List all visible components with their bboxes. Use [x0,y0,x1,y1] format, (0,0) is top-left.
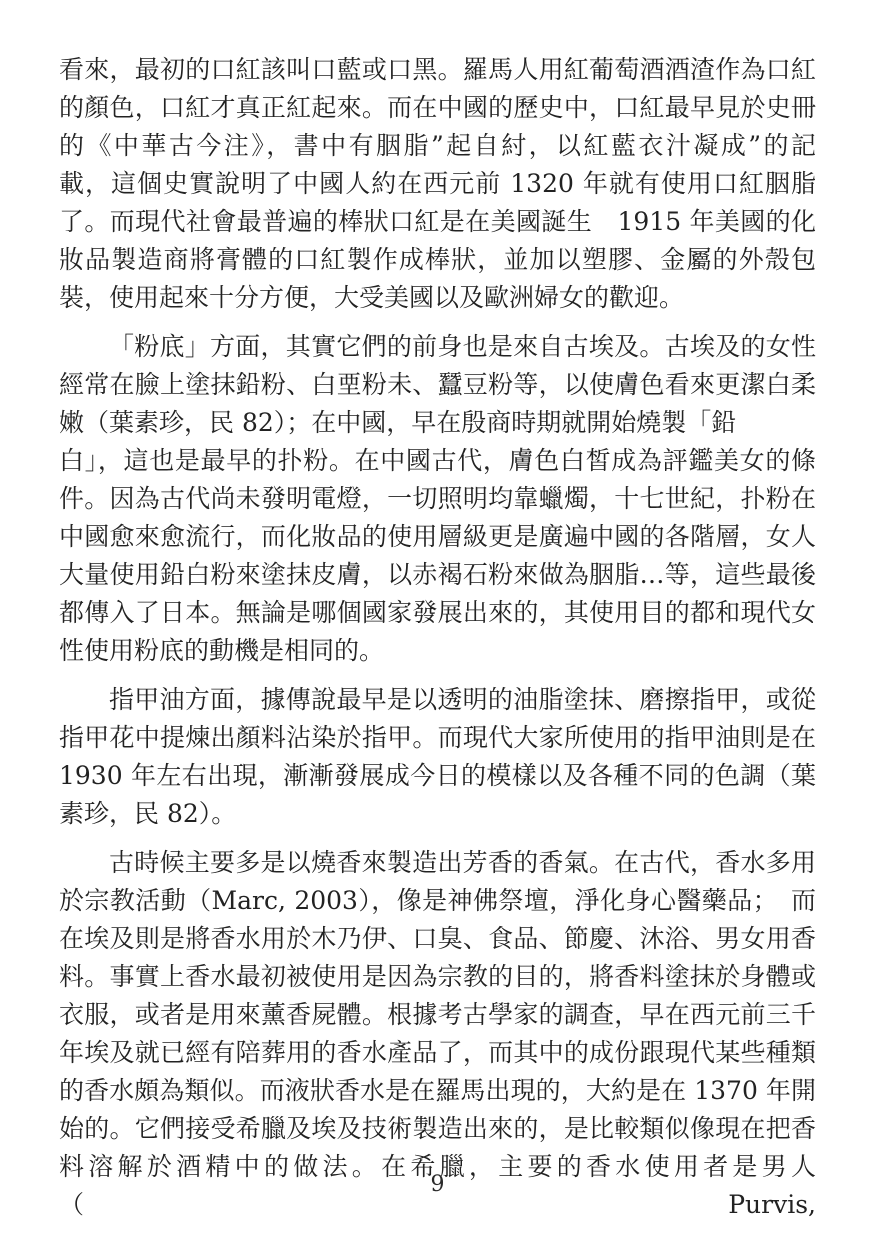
text-line: 1930 年左右出現，漸漸發展成今日的模樣以及各種不同的色調（葉 [59,757,816,795]
text-line: 妝品製造商將膏體的口紅製作成棒狀，並加以塑膠、金屬的外殼包 [59,241,816,279]
text-line: 白」，這也是最早的扑粉。在中國古代，膚色白皙成為評鑑美女的條 [59,442,816,480]
text-line: 都傳入了日本。無論是哪個國家發展出來的，其使用目的都和現代女 [59,594,816,632]
text-line: 經常在臉上塗抹鉛粉、白垔粉未、蠶豆粉等，以使膚色看來更潔白柔 [59,366,816,404]
text-line: 中國愈來愈流行，而化妝品的使用層級更是廣遍中國的各階層，女人 [59,518,816,556]
text-line: 裝，使用起來十分方便，大受美國以及歐洲婦女的歡迎。 [59,279,816,317]
text-line: 古時候主要多是以燒香來製造出芳香的香氣。在古代，香水多用 [59,844,816,882]
text-line: 件。因為古代尚未發明電燈，一切照明均靠蠟燭，十七世紀，扑粉在 [59,480,816,518]
text-line: 在埃及則是將香水用於木乃伊、口臭、食品、節慶、沐浴、男女用香 [59,920,816,958]
text-line: 嫩（葉素珍，民 82）；在中國，早在殷商時期就開始燒製「鉛 [59,404,816,442]
paragraph: 「粉底」方面，其實它們的前身也是來自古埃及。古埃及的女性 經常在臉上塗抹鉛粉、白… [59,328,816,670]
text-line: 了。而現代社會最普遍的棒狀口紅是在美國誕生 1915 年美國的化 [59,203,816,241]
text-line: 素珍，民 82）。 [59,795,816,833]
paragraph: 看來，最初的口紅該叫口藍或口黑。羅馬人用紅葡萄酒酒渣作為口紅 的顏色，口紅才真正… [59,51,816,317]
page-body: 看來，最初的口紅該叫口藍或口黑。羅馬人用紅葡萄酒酒渣作為口紅 的顏色，口紅才真正… [59,51,816,1224]
text-line: 料。事實上香水最初被使用是因為宗教的目的，將香料塗抹於身體或 [59,958,816,996]
document-page: 看來，最初的口紅該叫口藍或口黑。羅馬人用紅葡萄酒酒渣作為口紅 的顏色，口紅才真正… [0,0,875,1240]
text-line: 指甲花中提煉出顏料沾染於指甲。而現代大家所使用的指甲油則是在 [59,719,816,757]
text-line: 的《中華古今注》，書中有胭脂”起自紂，以紅藍衣汁凝成”的記 [59,127,816,165]
text-line: 指甲油方面，據傳說最早是以透明的油脂塗抹、磨擦指甲，或從 [59,681,816,719]
text-line: 大量使用鉛白粉來塗抹皮膚，以赤褐石粉來做為胭脂…等，這些最後 [59,556,816,594]
text-line: 於宗教活動（Marc, 2003），像是神佛祭壇，淨化身心醫藥品； 而 [59,882,816,920]
text-line: 「粉底」方面，其實它們的前身也是來自古埃及。古埃及的女性 [59,328,816,366]
text-line: 年埃及就已經有陪葬用的香水產品了，而其中的成份跟現代某些種類 [59,1034,816,1072]
paragraph: 指甲油方面，據傳說最早是以透明的油脂塗抹、磨擦指甲，或從 指甲花中提煉出顏料沾染… [59,681,816,833]
text-line: 衣服，或者是用來薰香屍體。根據考古學家的調查，早在西元前三千 [59,996,816,1034]
text-line: 的香水頗為類似。而液狀香水是在羅馬出現的，大約是在 1370 年開 [59,1072,816,1110]
text-line: 始的。它們接受希臘及埃及技術製造出來的，是比較類似像現在把香 [59,1110,816,1148]
text-line: 的顏色，口紅才真正紅起來。而在中國的歷史中，口紅最早見於史冊 [59,89,816,127]
page-number: 9 [0,1172,875,1197]
paragraph: 古時候主要多是以燒香來製造出芳香的香氣。在古代，香水多用 於宗教活動（Marc,… [59,844,816,1224]
text-line: 看來，最初的口紅該叫口藍或口黑。羅馬人用紅葡萄酒酒渣作為口紅 [59,51,816,89]
text-line: 性使用粉底的動機是相同的。 [59,632,816,670]
text-line: 載，這個史實說明了中國人約在西元前 1320 年就有使用口紅胭脂 [59,165,816,203]
